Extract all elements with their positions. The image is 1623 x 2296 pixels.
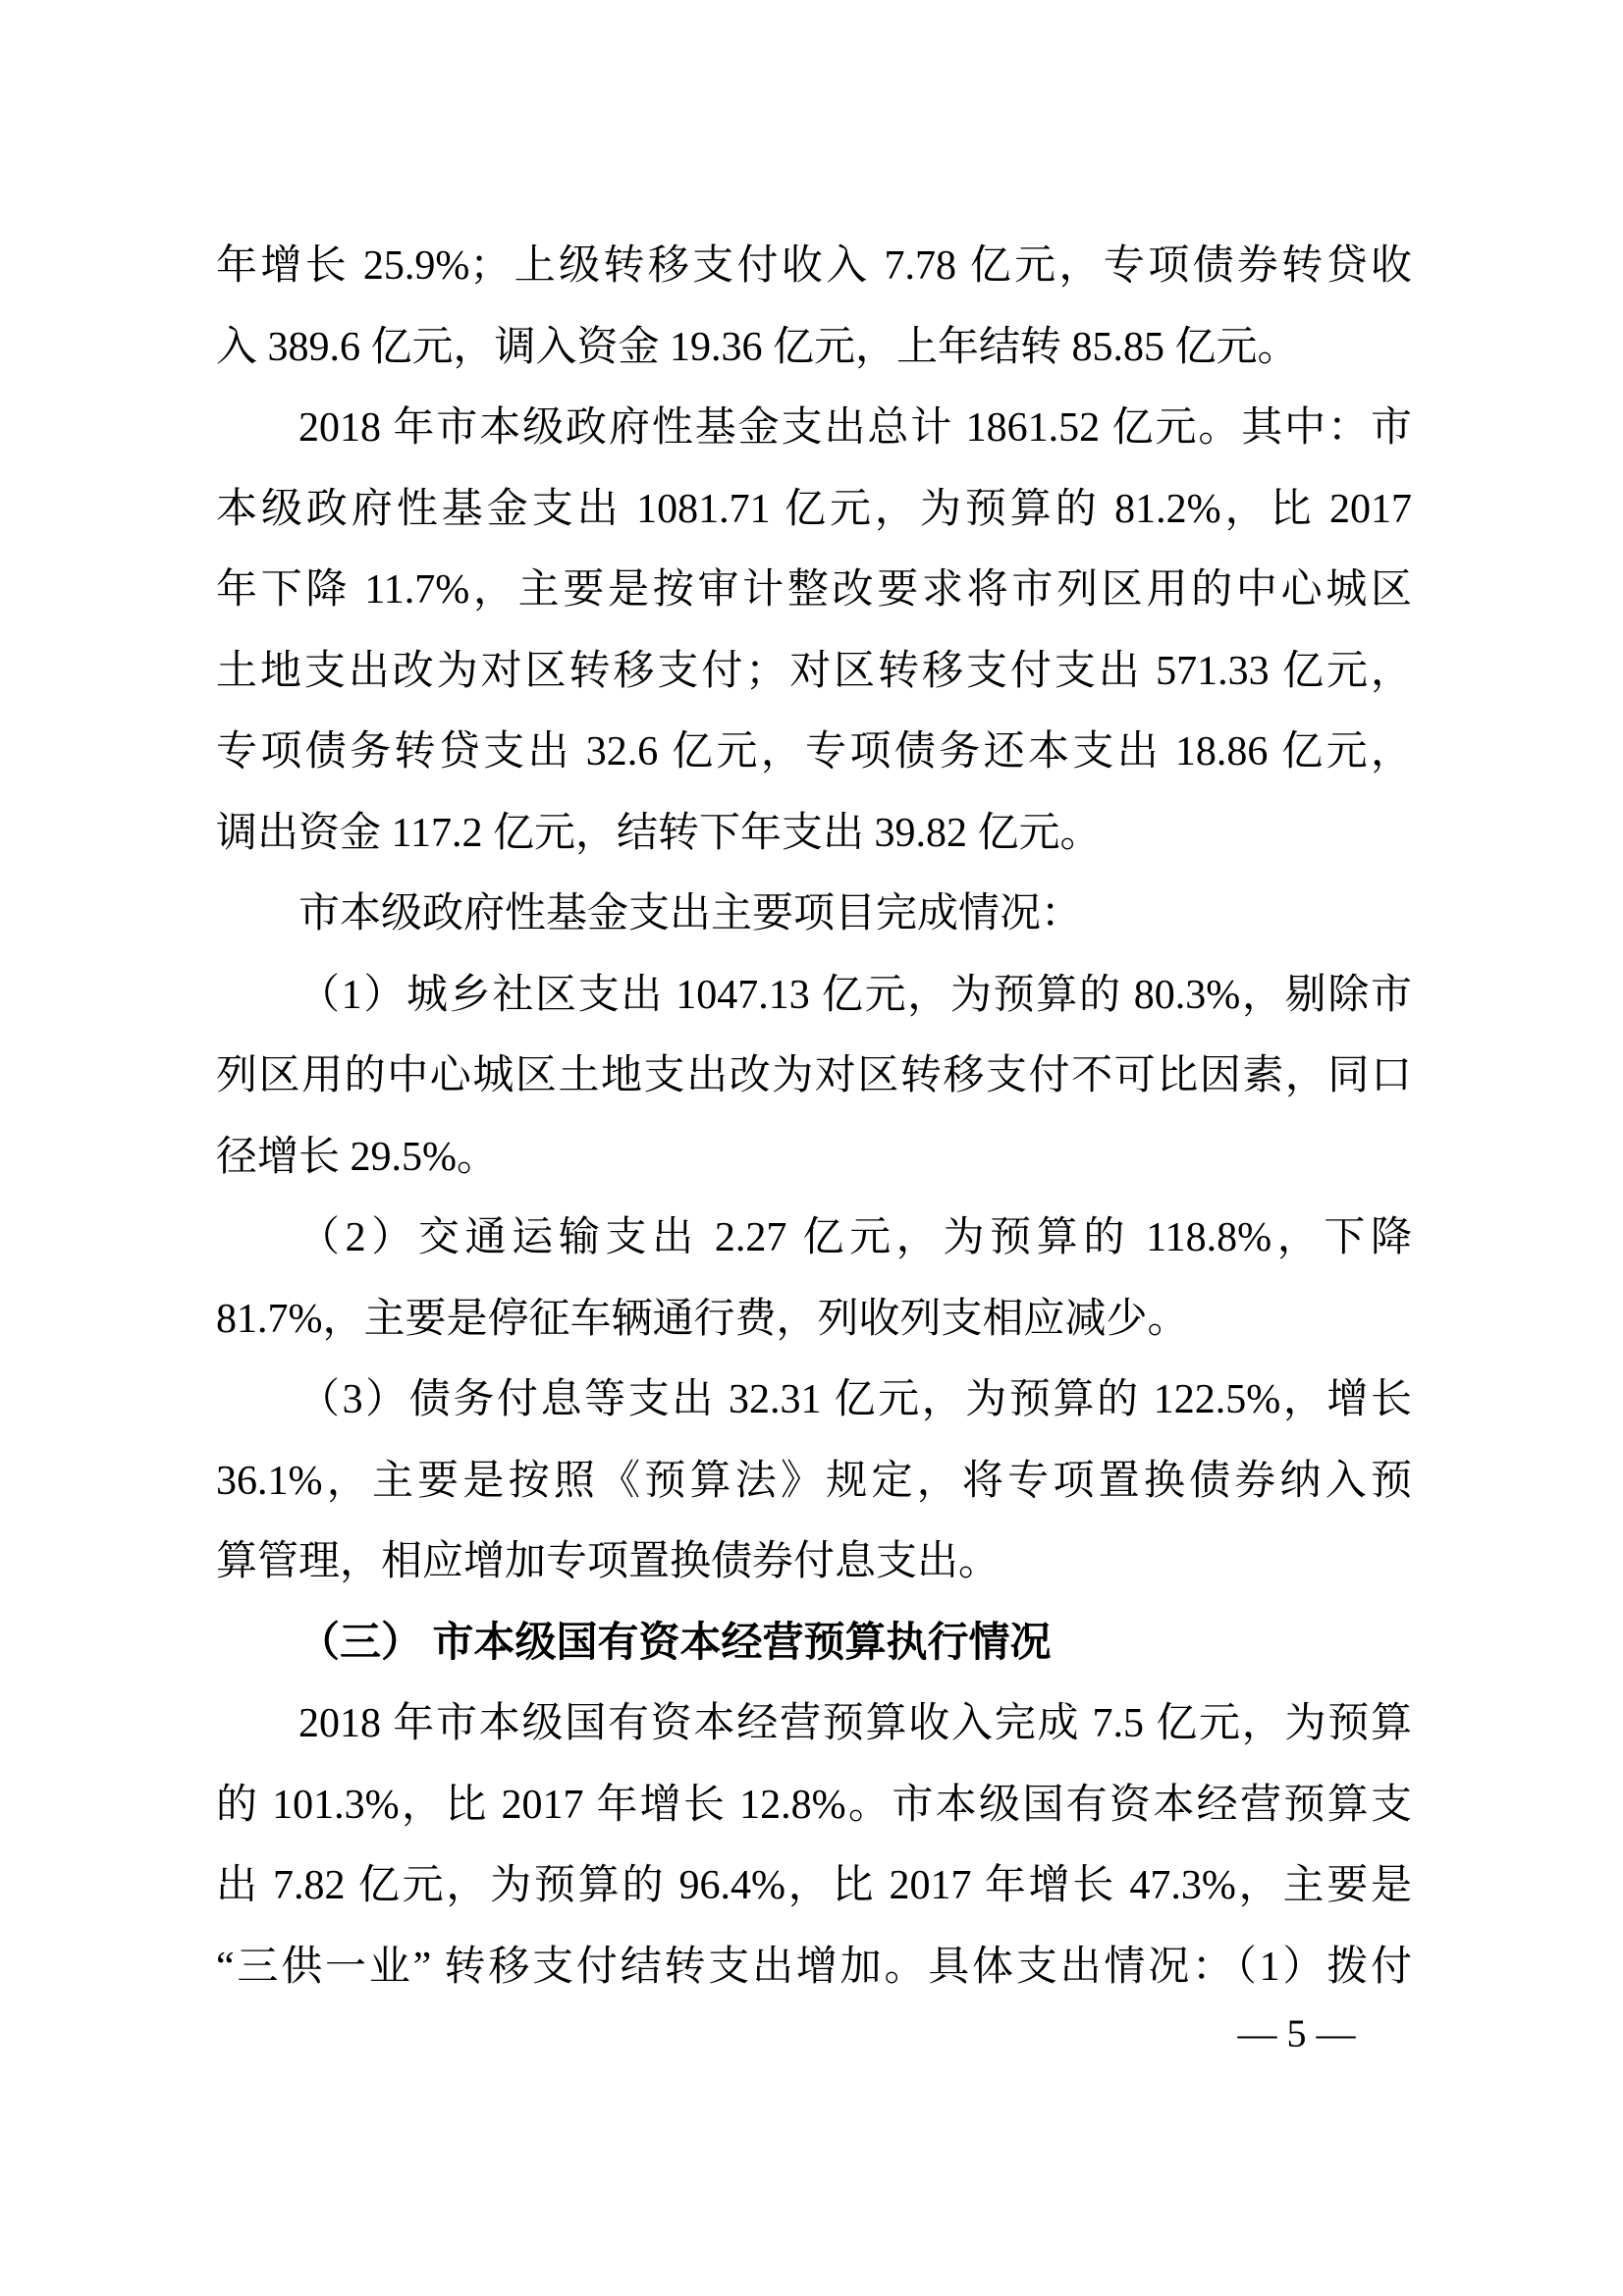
text-line-15: （3）债务付息等支出 32.31 亿元，为预算的 122.5%，增长 xyxy=(216,1360,1412,1441)
text-line-22: “三供一业” 转移支付结转支出增加。具体支出情况：（1）拨付 xyxy=(216,1927,1412,2008)
section-heading: （三） 市本级国有资本经营预算执行情况 xyxy=(216,1603,1412,1684)
text-line-5: 年下降 11.7%，主要是按审计整改要求将市列区用的中心城区 xyxy=(216,550,1412,631)
text-line-13: （2）交通运输支出 2.27 亿元，为预算的 118.8%，下降 xyxy=(216,1198,1412,1279)
text-line-9: 市本级政府性基金支出主要项目完成情况： xyxy=(216,874,1412,955)
text-line-19: 2018 年市本级国有资本经营预算收入完成 7.5 亿元，为预算 xyxy=(216,1683,1412,1765)
text-line-16: 36.1%，主要是按照《预算法》规定，将专项置换债券纳入预 xyxy=(216,1441,1412,1522)
text-line-10: （1）城乡社区支出 1047.13 亿元，为预算的 80.3%，剔除市 xyxy=(216,955,1412,1037)
text-line-11: 列区用的中心城区土地支出改为对区转移支付不可比因素，同口 xyxy=(216,1036,1412,1117)
text-line-12: 径增长 29.5%。 xyxy=(216,1117,1412,1199)
text-line-17: 算管理，相应增加专项置换债券付息支出。 xyxy=(216,1522,1412,1603)
text-line-2: 入 389.6 亿元，调入资金 19.36 亿元，上年结转 85.85 亿元。 xyxy=(216,307,1412,389)
text-line-8: 调出资金 117.2 亿元，结转下年支出 39.82 亿元。 xyxy=(216,793,1412,875)
text-line-20: 的 101.3%，比 2017 年增长 12.8%。市本级国有资本经营预算支 xyxy=(216,1765,1412,1846)
text-line-7: 专项债务转贷支出 32.6 亿元，专项债务还本支出 18.86 亿元， xyxy=(216,712,1412,793)
body-text: 年增长 25.9%；上级转移支付收入 7.78 亿元，专项债券转贷收 入 389… xyxy=(216,226,1412,2007)
text-line-4: 本级政府性基金支出 1081.71 亿元，为预算的 81.2%，比 2017 xyxy=(216,469,1412,551)
document-page: 年增长 25.9%；上级转移支付收入 7.78 亿元，专项债券转贷收 入 389… xyxy=(0,0,1623,2296)
page-number: — 5 — xyxy=(1211,2012,1382,2056)
text-line-1: 年增长 25.9%；上级转移支付收入 7.78 亿元，专项债券转贷收 xyxy=(216,226,1412,307)
text-line-3: 2018 年市本级政府性基金支出总计 1861.52 亿元。其中：市 xyxy=(216,388,1412,469)
text-line-6: 土地支出改为对区转移支付；对区转移支付支出 571.33 亿元， xyxy=(216,631,1412,713)
text-line-21: 出 7.82 亿元，为预算的 96.4%，比 2017 年增长 47.3%，主要… xyxy=(216,1845,1412,1927)
text-line-14: 81.7%，主要是停征车辆通行费，列收列支相应减少。 xyxy=(216,1279,1412,1361)
